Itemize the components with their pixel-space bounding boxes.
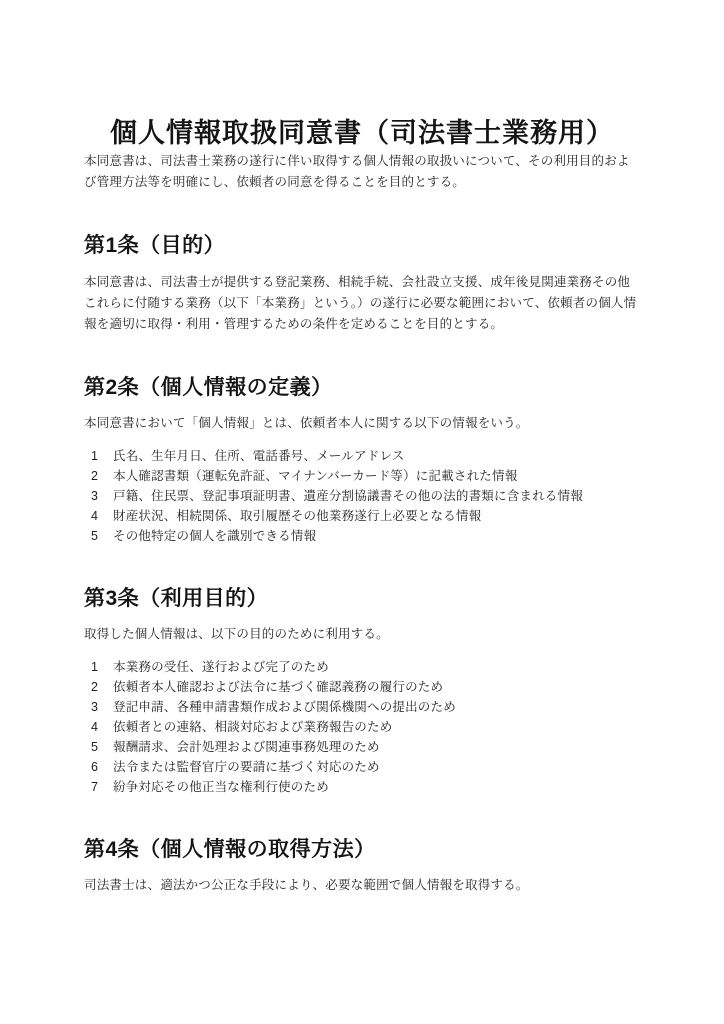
section-article-1: 第1条（目的） 本同意書は、司法書士が提供する登記業務、相続手続、会社設立支援、… (84, 233, 640, 334)
item-number: 3 (84, 486, 113, 506)
item-number: 2 (84, 677, 113, 697)
item-number: 1 (84, 657, 113, 677)
section-article-4: 第4条（個人情報の取得方法） 司法書士は、適法かつ公正な手段により、必要な範囲で… (84, 837, 640, 896)
document-title: 個人情報取扱同意書（司法書士業務用） (84, 115, 640, 151)
item-text: 登記申請、各種申請書類作成および関係機関への提出のため (113, 697, 640, 717)
section-article-2: 第2条（個人情報の定義） 本同意書において「個人情報」とは、依頼者本人に関する以… (84, 375, 640, 546)
list-item: 2 本人確認書類（運転免許証、マイナンバーカード等）に記載された情報 (84, 466, 640, 486)
article-3-heading: 第3条（利用目的） (84, 586, 640, 611)
article-3-body: 取得した個人情報は、以下の目的のために利用する。 (84, 624, 640, 645)
item-number: 5 (84, 737, 113, 757)
list-item: 1 氏名、生年月日、住所、電話番号、メールアドレス (84, 446, 640, 466)
intro-paragraph: 本同意書は、司法書士業務の遂行に伴い取得する個人情報の取扱いについて、その利用目… (84, 151, 640, 193)
item-text: 本業務の受任、遂行および完了のため (113, 657, 640, 677)
article-2-body: 本同意書において「個人情報」とは、依頼者本人に関する以下の情報をいう。 (84, 413, 640, 434)
usage-purpose-list: 1 本業務の受任、遂行および完了のため 2 依頼者本人確認および法令に基づく確認… (84, 657, 640, 797)
list-item: 5 報酬請求、会計処理および関連事務処理のため (84, 737, 640, 757)
item-text: 紛争対応その他正当な権利行使のため (113, 777, 640, 797)
list-item: 4 依頼者との連絡、相談対応および業務報告のため (84, 717, 640, 737)
article-2-heading: 第2条（個人情報の定義） (84, 375, 640, 400)
item-text: 法令または監督官庁の要請に基づく対応のため (113, 757, 640, 777)
list-item: 6 法令または監督官庁の要請に基づく対応のため (84, 757, 640, 777)
item-text: 依頼者との連絡、相談対応および業務報告のため (113, 717, 640, 737)
list-item: 1 本業務の受任、遂行および完了のため (84, 657, 640, 677)
article-4-body: 司法書士は、適法かつ公正な手段により、必要な範囲で個人情報を取得する。 (84, 875, 640, 896)
item-text: 依頼者本人確認および法令に基づく確認義務の履行のため (113, 677, 640, 697)
list-item: 2 依頼者本人確認および法令に基づく確認義務の履行のため (84, 677, 640, 697)
item-number: 6 (84, 757, 113, 777)
item-number: 2 (84, 466, 113, 486)
section-article-3: 第3条（利用目的） 取得した個人情報は、以下の目的のために利用する。 1 本業務… (84, 586, 640, 797)
document-page: 個人情報取扱同意書（司法書士業務用） 本同意書は、司法書士業務の遂行に伴い取得す… (0, 0, 724, 1024)
article-4-heading: 第4条（個人情報の取得方法） (84, 837, 640, 862)
article-1-heading: 第1条（目的） (84, 233, 640, 258)
item-text: その他特定の個人を識別できる情報 (113, 526, 640, 546)
list-item: 5 その他特定の個人を識別できる情報 (84, 526, 640, 546)
item-number: 7 (84, 777, 113, 797)
item-text: 報酬請求、会計処理および関連事務処理のため (113, 737, 640, 757)
item-text: 氏名、生年月日、住所、電話番号、メールアドレス (113, 446, 640, 466)
item-number: 5 (84, 526, 113, 546)
list-item: 3 戸籍、住民票、登記事項証明書、遺産分割協議書その他の法的書類に含まれる情報 (84, 486, 640, 506)
item-text: 本人確認書類（運転免許証、マイナンバーカード等）に記載された情報 (113, 466, 640, 486)
list-item: 3 登記申請、各種申請書類作成および関係機関への提出のため (84, 697, 640, 717)
list-item: 4 財産状況、相続関係、取引履歴その他業務遂行上必要となる情報 (84, 506, 640, 526)
item-text: 財産状況、相続関係、取引履歴その他業務遂行上必要となる情報 (113, 506, 640, 526)
item-number: 3 (84, 697, 113, 717)
personal-info-definition-list: 1 氏名、生年月日、住所、電話番号、メールアドレス 2 本人確認書類（運転免許証… (84, 446, 640, 546)
item-number: 1 (84, 446, 113, 466)
item-text: 戸籍、住民票、登記事項証明書、遺産分割協議書その他の法的書類に含まれる情報 (113, 486, 640, 506)
item-number: 4 (84, 717, 113, 737)
list-item: 7 紛争対応その他正当な権利行使のため (84, 777, 640, 797)
item-number: 4 (84, 506, 113, 526)
article-1-body: 本同意書は、司法書士が提供する登記業務、相続手続、会社設立支援、成年後見関連業務… (84, 272, 640, 335)
